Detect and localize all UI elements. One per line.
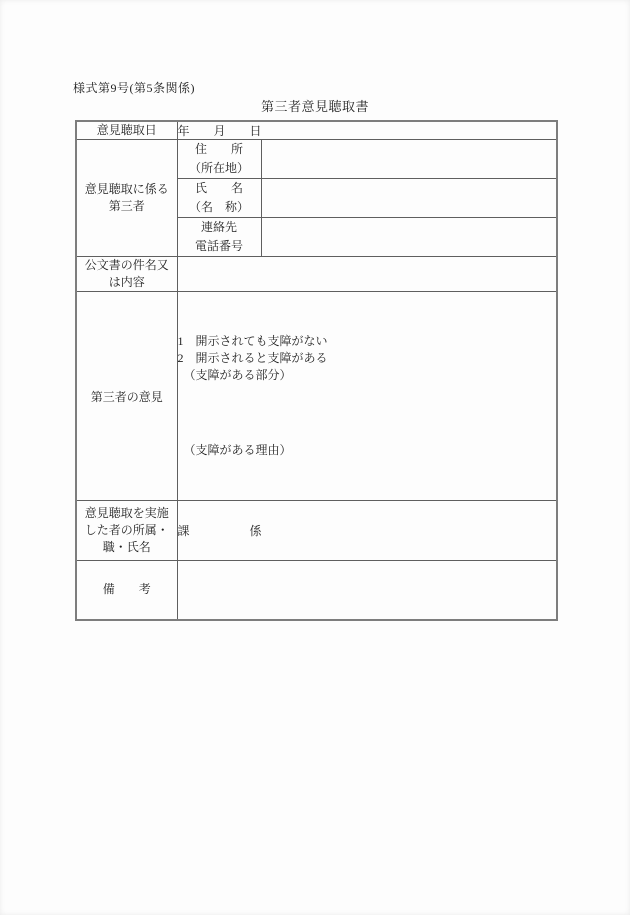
document-subject-label-line1: 公文書の件名又: [77, 257, 177, 274]
hearing-form-table: 意見聴取日 年 月 日 意見聴取に係る 第三者 住 所 （所在地） 氏 名 （名…: [75, 120, 558, 621]
page-title: 第三者意見聴取書: [0, 99, 630, 115]
contact-label: 連絡先 電話番号: [177, 218, 261, 257]
name-label-line1: 氏 名: [178, 179, 261, 198]
remarks-input-area: [177, 561, 557, 620]
contact-label-line1: 連絡先: [178, 218, 261, 237]
table-row-hearing-date: 意見聴取日 年 月 日: [76, 121, 557, 140]
hearer-label-line2: した者の所属・: [77, 522, 177, 539]
table-row-opinion: 第三者の意見 1 開示されても支障がない 2 開示されると支障がある （支障があ…: [76, 292, 557, 501]
contact-label-line2: 電話番号: [178, 237, 261, 256]
hearer-section-value: 課 係: [177, 501, 557, 561]
table-row-document-subject: 公文書の件名又 は内容: [76, 257, 557, 292]
third-party-label-line1: 意見聴取に係る: [77, 181, 177, 198]
address-label: 住 所 （所在地）: [177, 140, 261, 179]
remarks-label: 備 考: [76, 561, 177, 620]
name-input-area: [261, 179, 557, 218]
address-input-area: [261, 140, 557, 179]
hearer-label-line1: 意見聴取を実施: [77, 505, 177, 522]
table-row-hearer: 意見聴取を実施 した者の所属・ 職・氏名 課 係: [76, 501, 557, 561]
third-party-label: 意見聴取に係る 第三者: [76, 140, 177, 257]
name-label: 氏 名 （名 称）: [177, 179, 261, 218]
document-subject-input-area: [177, 257, 557, 292]
opinion-option-2: 2 開示されると支障がある: [178, 350, 557, 367]
opinion-option-1: 1 開示されても支障がない: [178, 333, 557, 350]
table-row-third-party-address: 意見聴取に係る 第三者 住 所 （所在地）: [76, 140, 557, 179]
document-subject-label: 公文書の件名又 は内容: [76, 257, 177, 292]
opinion-label: 第三者の意見: [76, 292, 177, 501]
form-number-note: 様式第9号(第5条関係): [73, 81, 195, 95]
document-page: 様式第9号(第5条関係) 第三者意見聴取書 意見聴取日 年 月 日 意見聴取に係…: [0, 0, 630, 915]
name-label-line2: （名 称）: [178, 198, 261, 217]
opinion-content-area: 1 開示されても支障がない 2 開示されると支障がある （支障がある部分） （支…: [177, 292, 557, 501]
table-row-remarks: 備 考: [76, 561, 557, 620]
contact-input-area: [261, 218, 557, 257]
hearing-date-label: 意見聴取日: [76, 121, 177, 140]
third-party-label-line2: 第三者: [77, 198, 177, 215]
document-subject-label-line2: は内容: [77, 274, 177, 291]
opinion-part-label: （支障がある部分）: [178, 367, 557, 384]
hearing-date-value: 年 月 日: [177, 121, 557, 140]
opinion-part-write-space: [178, 384, 557, 442]
opinion-reason-label: （支障がある理由）: [178, 442, 557, 459]
hearer-label: 意見聴取を実施 した者の所属・ 職・氏名: [76, 501, 177, 561]
address-label-line1: 住 所: [178, 140, 261, 159]
hearer-label-line3: 職・氏名: [77, 539, 177, 556]
address-label-line2: （所在地）: [178, 159, 261, 178]
